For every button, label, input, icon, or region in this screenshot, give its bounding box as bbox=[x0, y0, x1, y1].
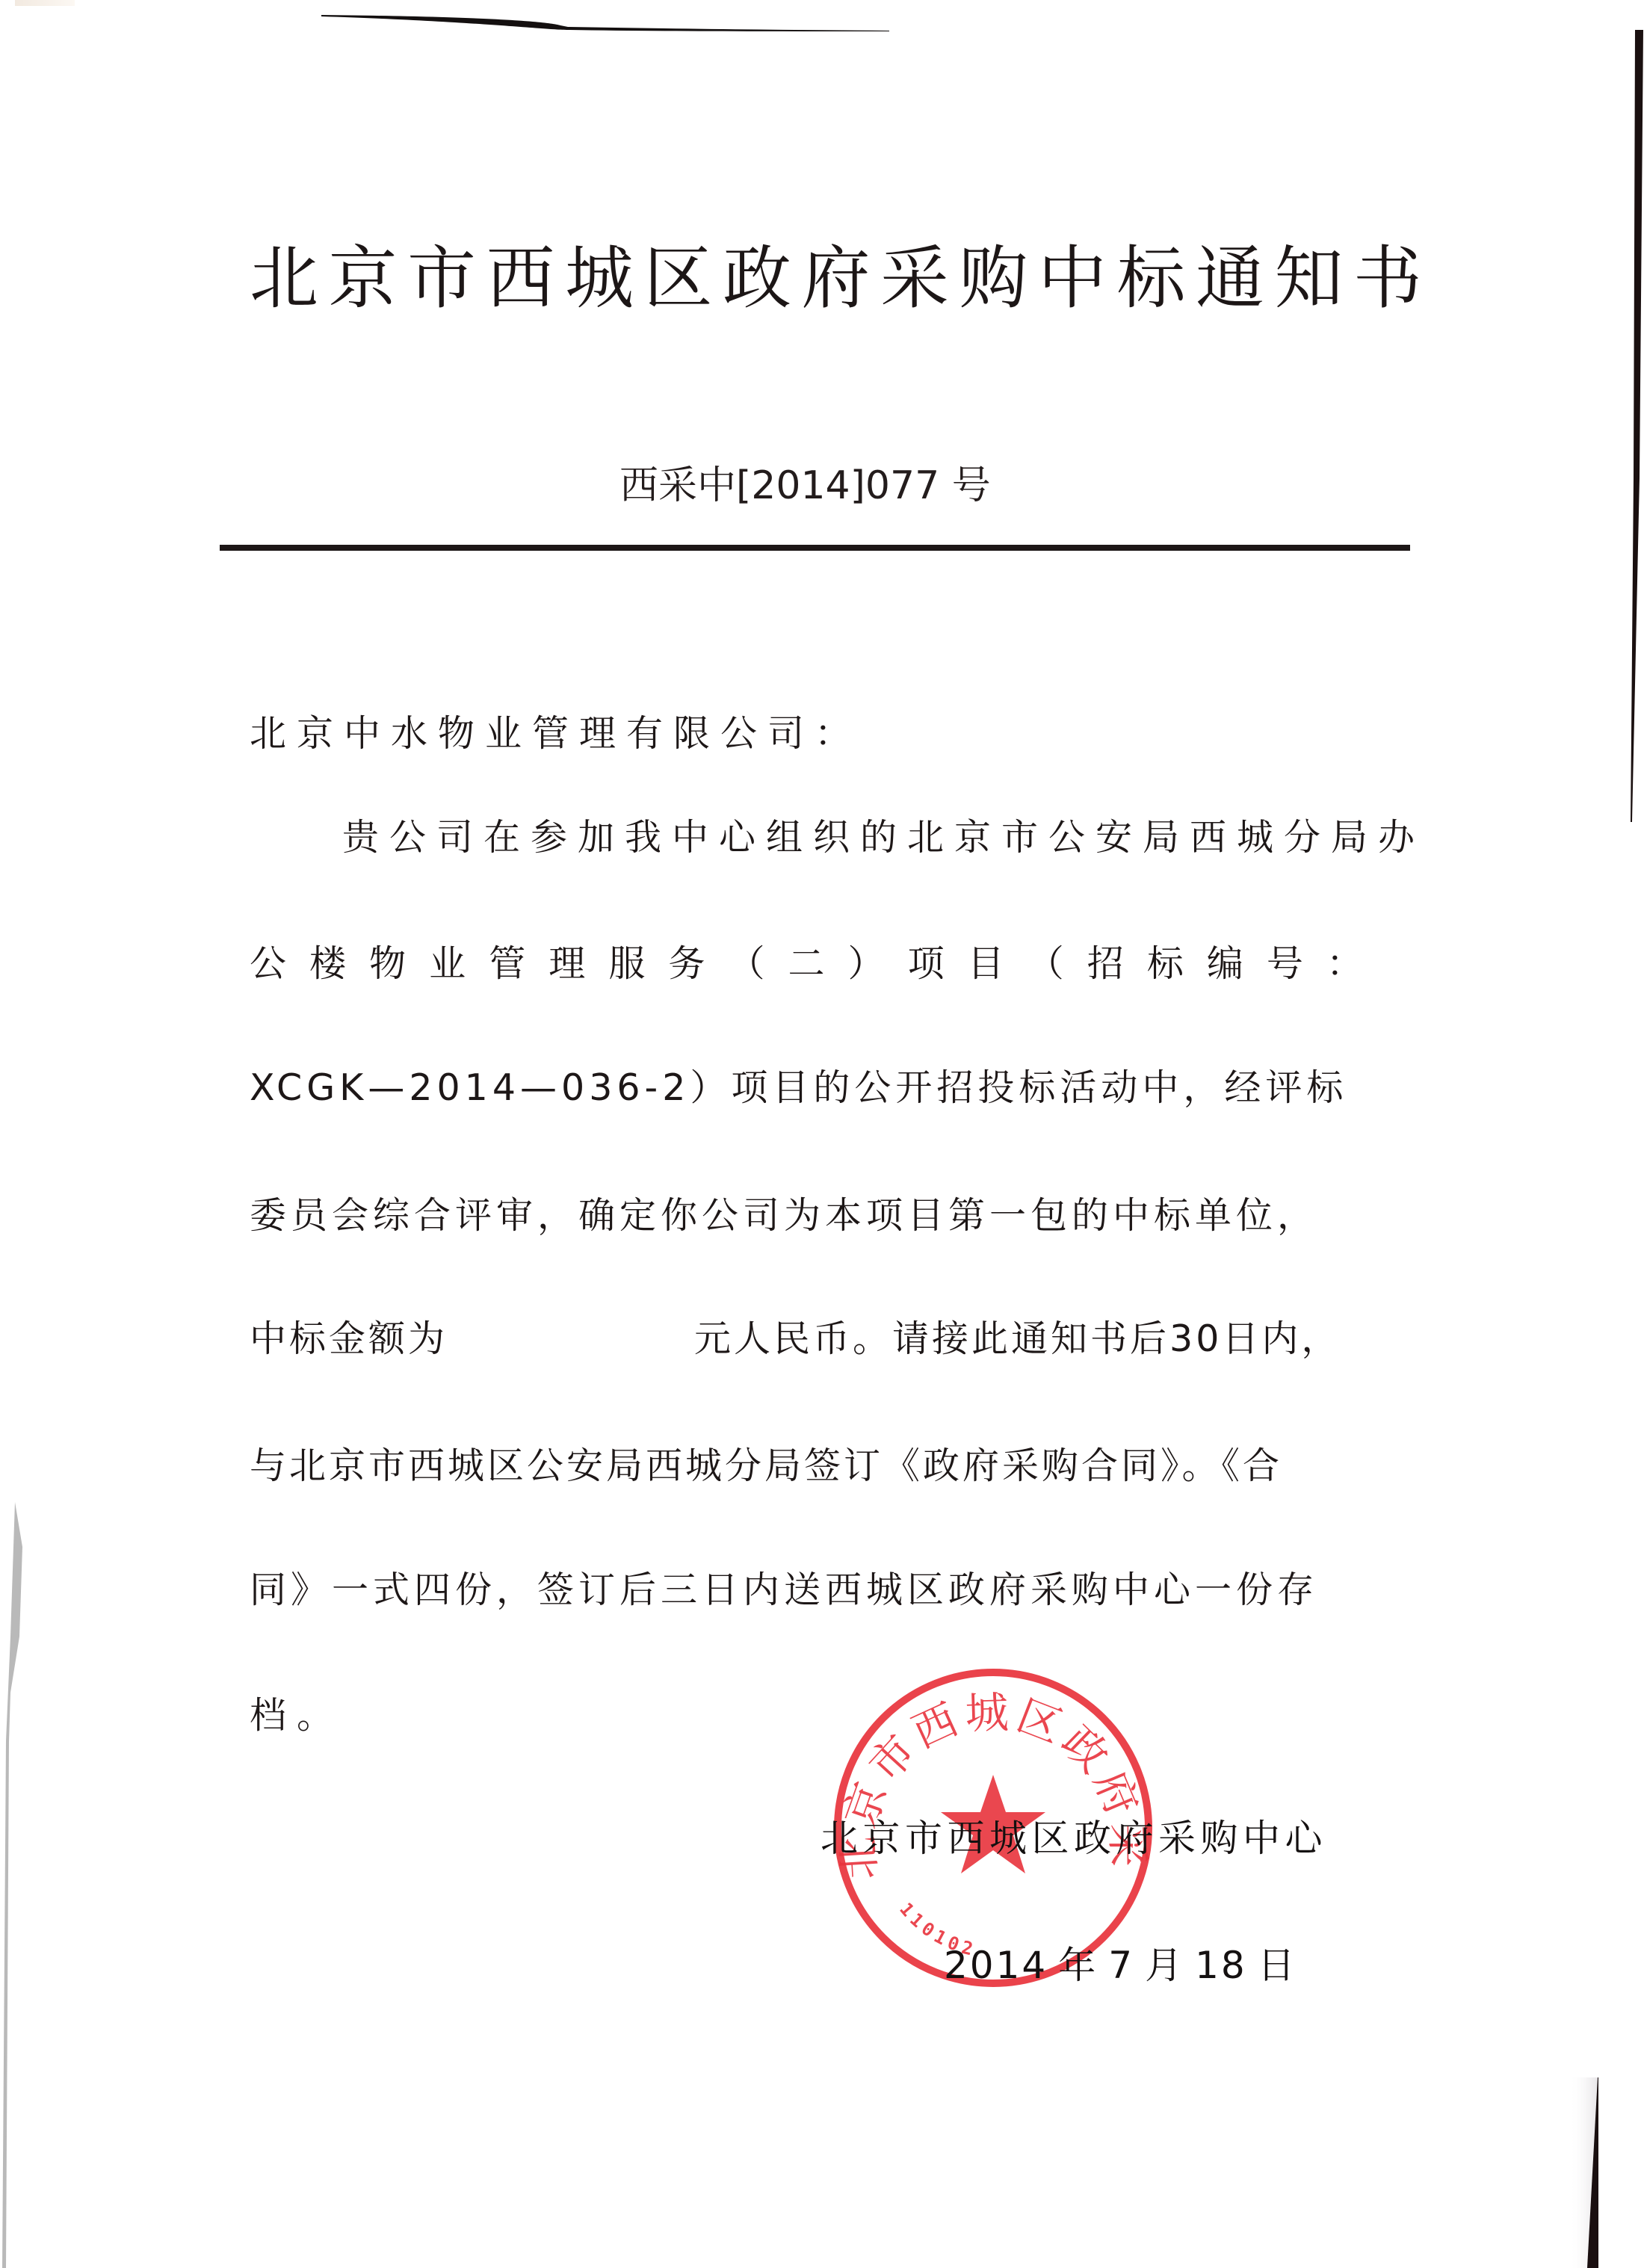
date-month: 7 bbox=[1108, 1944, 1134, 1987]
body-line-8: 档。 bbox=[250, 1693, 344, 1738]
body-line-4: 委员会综合评审，确定你公司为本项目第一包的中标单位， bbox=[250, 1193, 1318, 1238]
scan-page-edge-right bbox=[1622, 30, 1644, 822]
date-year-unit: 年 bbox=[1058, 1944, 1098, 1987]
amount-suffix: 元人民币。请接此通知书后30日内， bbox=[694, 1317, 1341, 1360]
date-day: 18 bbox=[1195, 1944, 1247, 1987]
body-line-1: 贵公司在参加我中心组织的北京市公安局西城分局办 bbox=[342, 815, 1425, 860]
document-number: 西采中[2014]077 号 bbox=[619, 462, 991, 510]
scan-page-edge-left bbox=[0, 1502, 30, 2268]
scan-page-edge-bottom-right bbox=[1569, 2077, 1607, 2268]
date-year: 2014 bbox=[944, 1944, 1048, 1987]
body-line-3: XCGK—2014—036-2）项目的公开招投标活动中，经评标 bbox=[250, 1066, 1347, 1110]
body-line-2: 公楼物业管理服务（二）项目（招标编号： bbox=[250, 942, 1363, 986]
date-day-unit: 日 bbox=[1258, 1944, 1297, 1987]
scan-smudge bbox=[15, 0, 75, 6]
date-month-unit: 月 bbox=[1145, 1944, 1184, 1987]
body-line-6: 与北京市西城区公安局西城分局签订《政府采购合同》。《合 bbox=[250, 1444, 1282, 1489]
body-line-7: 同》一式四份，签订后三日内送西城区政府采购中心一份存 bbox=[250, 1568, 1318, 1613]
addressee: 北京中水物业管理有限公司： bbox=[250, 711, 862, 756]
document-title: 北京市西城区政府采购中标通知书 bbox=[250, 238, 1433, 320]
issue-date: 2014年7月18日 bbox=[944, 1943, 1308, 1988]
scan-edge-stroke bbox=[321, 10, 889, 31]
issuer-signature: 北京市西城区政府采购中心 bbox=[821, 1816, 1327, 1861]
header-divider bbox=[220, 545, 1410, 551]
amount-line: 中标金额为元人民币。请接此通知书后30日内， bbox=[250, 1317, 1341, 1362]
amount-prefix: 中标金额为 bbox=[250, 1317, 448, 1360]
